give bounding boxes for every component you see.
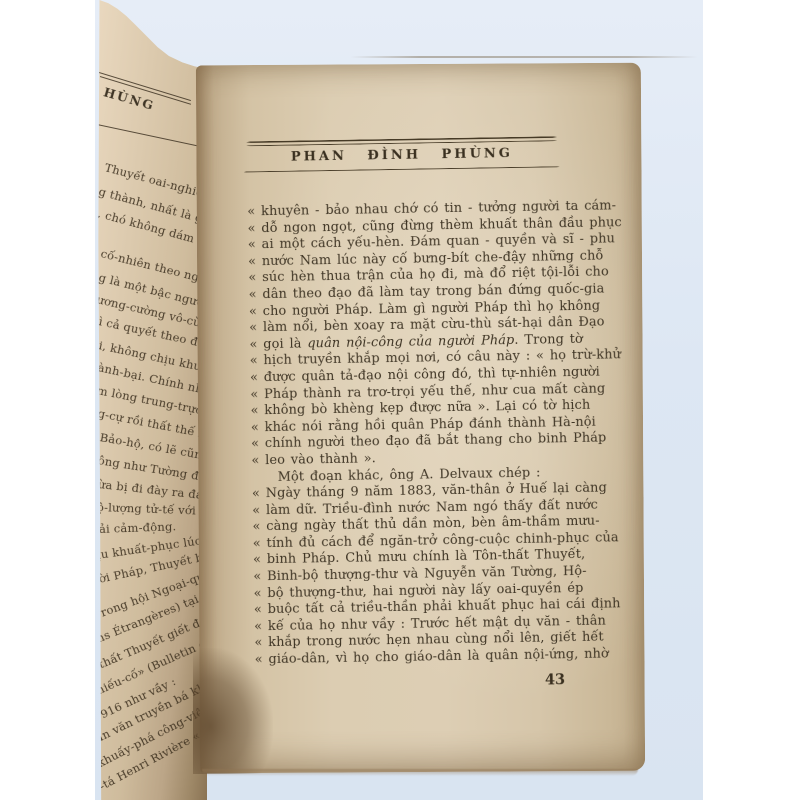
body-text: « khuyên - bảo nhau chớ có tin - tưởng n… [247,199,567,669]
left-header-rule-bottom [97,124,203,148]
left-page-text-fragment: ải cảm-động. [99,519,177,536]
text-segment: « leo vào thành ». [251,451,376,468]
text-segment: « gọi là [249,336,307,352]
left-page: HÙNG Thuyết oai-nghiêmg thành, nhất là g… [95,0,207,800]
page-number: 43 [255,671,565,693]
right-page: PHAN ĐÌNH PHÙNG « khuyên - bảo nhau chớ … [196,63,645,774]
header-rule-bottom [244,166,560,173]
running-title: PHAN ĐÌNH PHÙNG [246,145,557,165]
right-page-content: PHAN ĐÌNH PHÙNG « khuyên - bảo nhau chớ … [193,60,650,775]
text-segment: . Trong tờ [514,332,583,348]
italic-phrase: quân nội-công của người Pháp [307,333,514,351]
behind-page-edge [350,56,698,58]
left-page-text-fragment: ộ-lượng tử-tế với kẻ [97,500,207,518]
book-photo: HÙNG Thuyết oai-nghiêmg thành, nhất là g… [0,0,800,800]
page-bottom-edge-shadow [202,769,638,776]
